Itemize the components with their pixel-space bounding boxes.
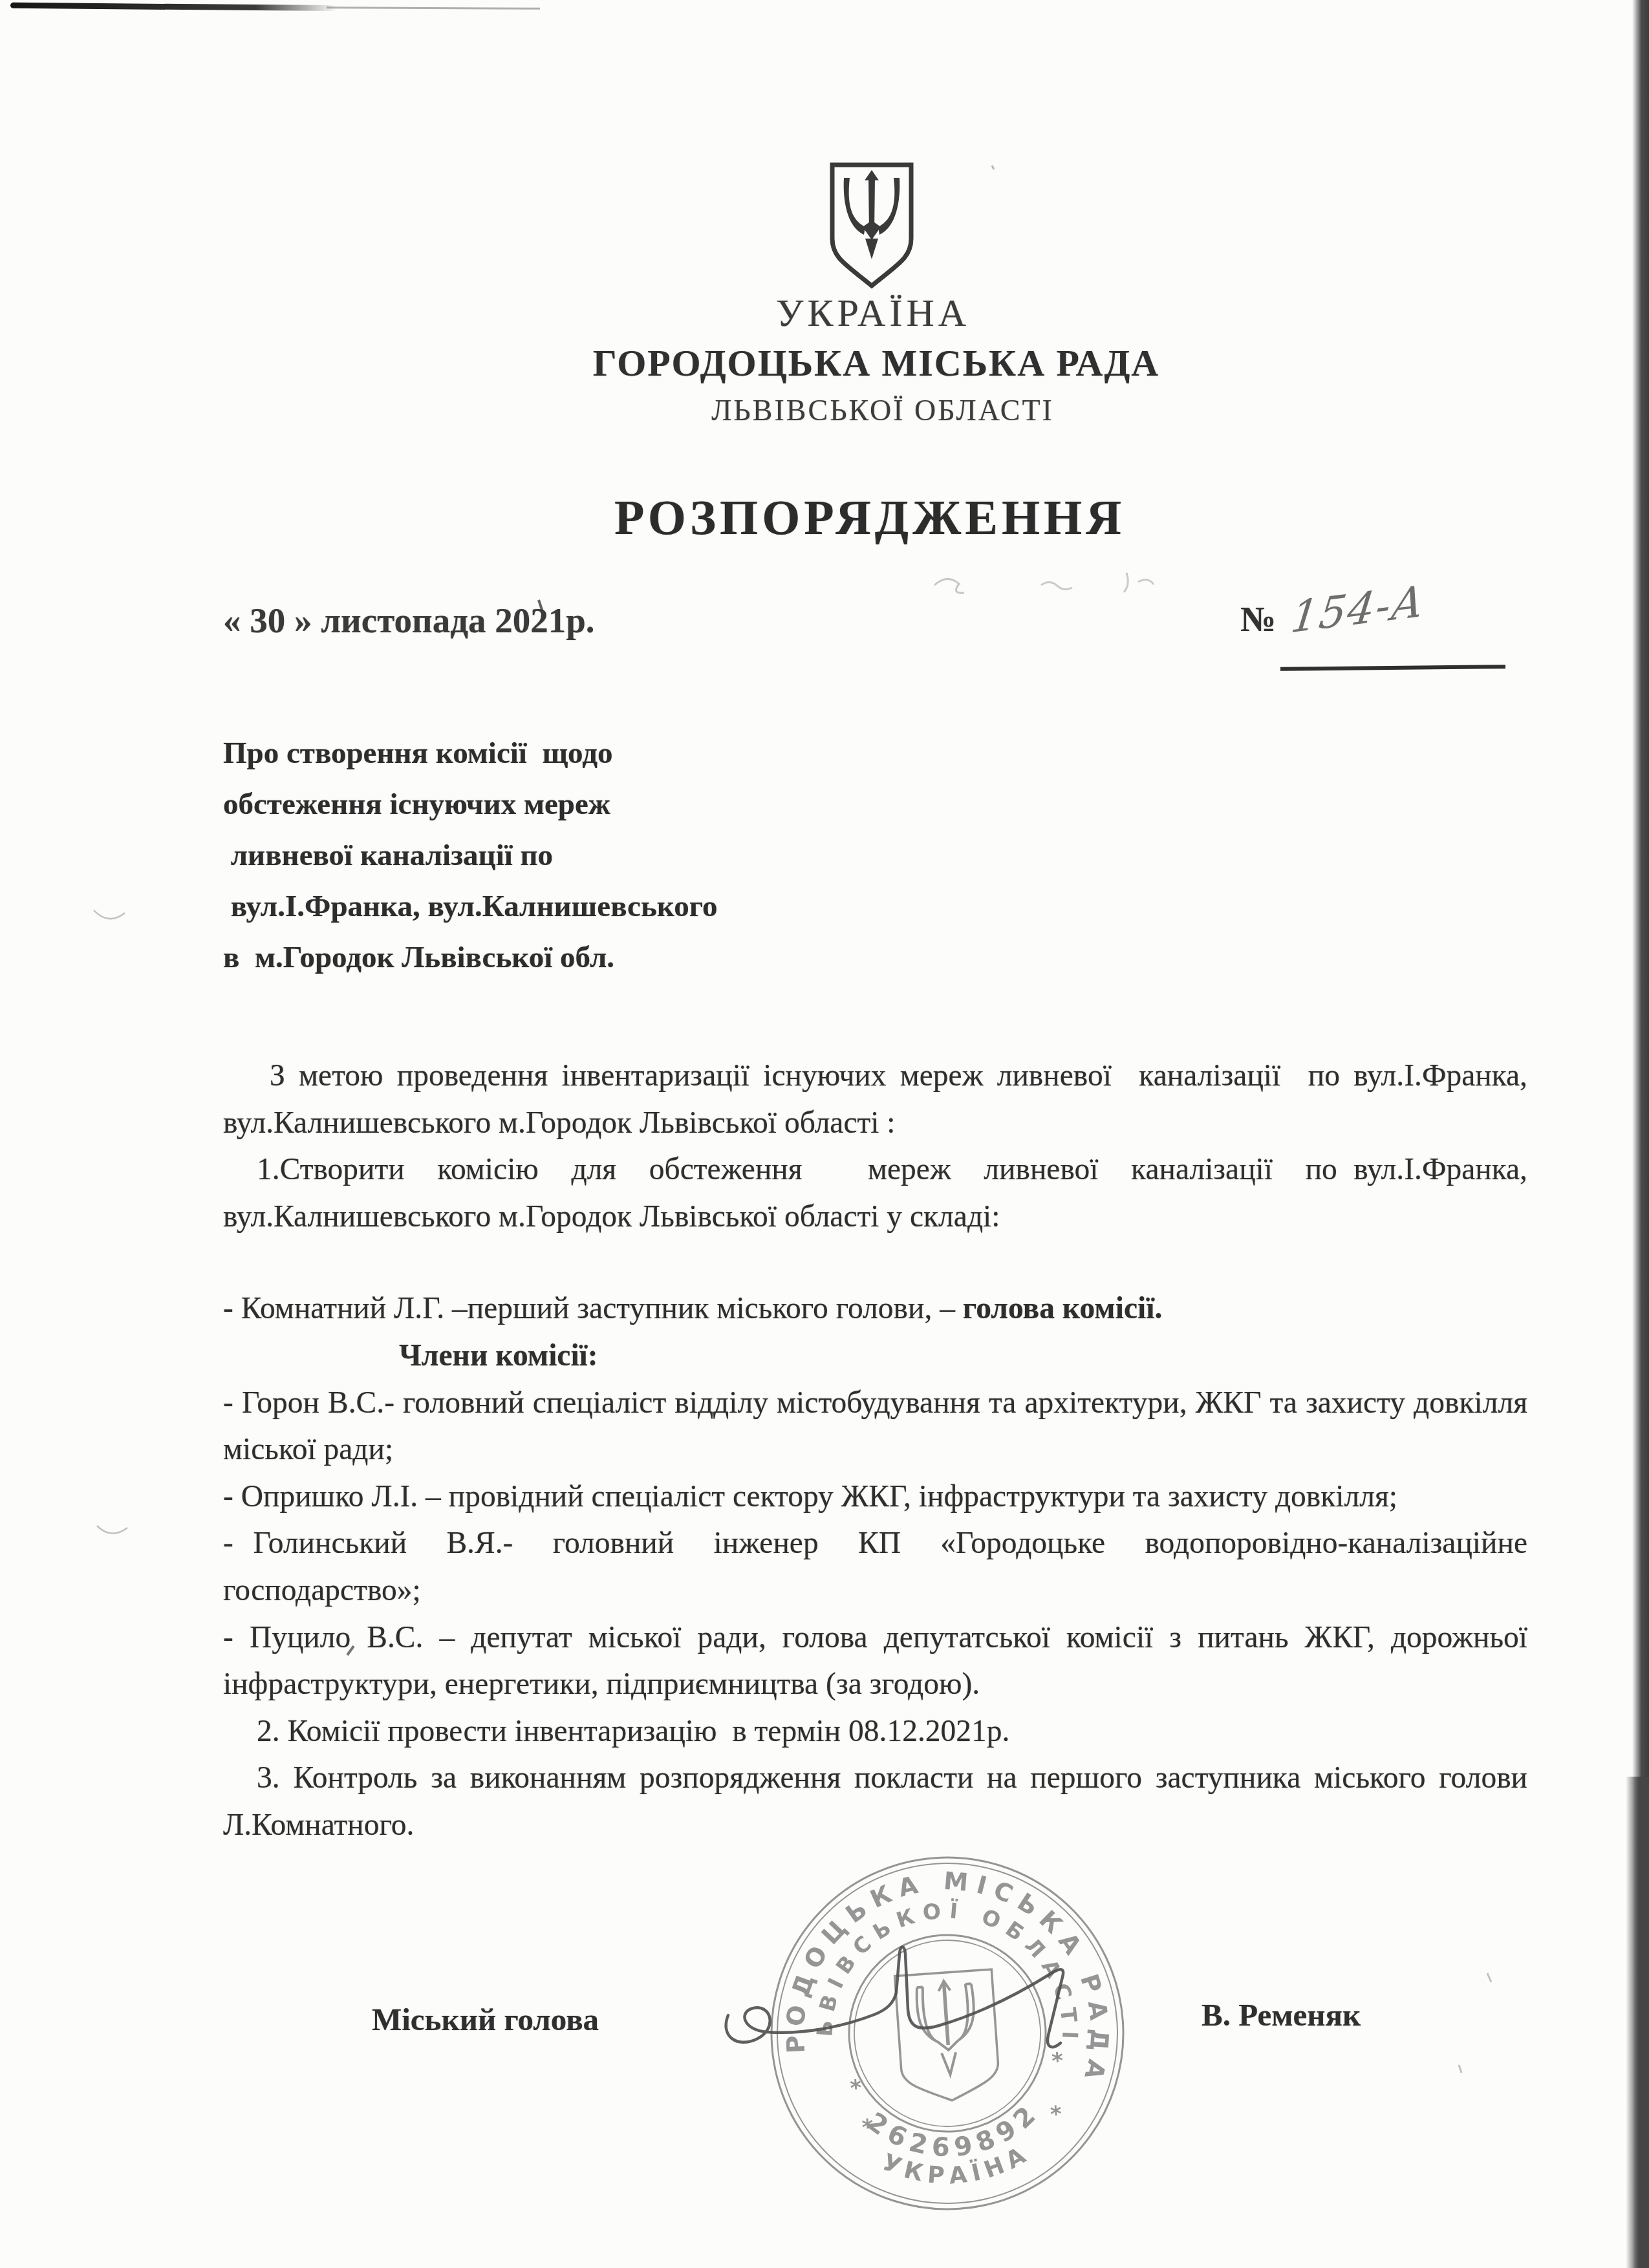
commission-head-line: - Комнатний Л.Г. –перший заступник міськ…	[223, 1285, 1527, 1332]
member-item: - Опришко Л.І. – провідний спеціаліст се…	[223, 1473, 1527, 1521]
document-body: З метою проведення інвентаризації існуюч…	[223, 1053, 1527, 1849]
document-type-title: РОЗПОРЯДЖЕННЯ	[158, 490, 1581, 546]
scan-streak-top	[10, 3, 337, 11]
paragraph-item1: 1.Створити комісію для обстеження мереж …	[223, 1146, 1527, 1240]
country-title: УКРАЇНА	[178, 291, 1568, 336]
members-heading: Члени комісії:	[223, 1332, 1527, 1380]
stamp-tryzub-icon	[895, 1969, 1000, 2104]
scan-streak-top-thin	[327, 6, 540, 10]
number-underline	[1280, 665, 1505, 671]
subject-line: вул.І.Франка, вул.Калнишевського	[223, 881, 934, 932]
commission-head-role: голова комісії.	[963, 1292, 1163, 1325]
scanned-document-page: УКРАЇНА ГОРОДОЦЬКА МІСЬКА РАДА ЛЬВІВСЬКО…	[0, 0, 1649, 2268]
paragraph-purpose: З метою проведення інвентаризації існуюч…	[223, 1053, 1527, 1146]
scan-edge-right-bottom	[1626, 1777, 1649, 2268]
member-item: - Пуцило В.С. – депутат міської ради, го…	[223, 1614, 1527, 1708]
signer-position: Міський голова	[372, 2001, 599, 2038]
region-subtitle: ЛЬВІВСЬКОЇ ОБЛАСТІ	[178, 393, 1588, 427]
paragraph-item3: 3. Контроль за виконанням розпорядження …	[223, 1755, 1527, 1848]
signer-name: В. Ременяк	[1202, 1996, 1361, 2033]
subject-line: ливневої каналізації по	[223, 830, 934, 881]
tryzub-emblem-icon	[828, 162, 916, 290]
number-sign: №	[1240, 599, 1276, 639]
paragraph-item2: 2. Комісії провести інвентаризацію в тер…	[223, 1708, 1527, 1755]
subject-line: в м.Городок Львівської обл.	[223, 932, 934, 983]
member-item: - Голинський В.Я.- головний інженер КП «…	[223, 1520, 1527, 1614]
stamp-asterisk: *	[861, 2114, 875, 2141]
subject-line: Про створення комісії щодо	[223, 728, 934, 779]
stamp-asterisk: *	[849, 2075, 863, 2101]
stamp-asterisk: *	[1051, 2048, 1064, 2075]
round-seal-stamp: ГОРОДОЦЬКА МІСЬКА РАДА ЛЬВІВСЬКОЇ ОБЛАСТ…	[766, 1852, 1128, 2214]
subject-block: Про створення комісії щодо обстеження іс…	[223, 728, 934, 983]
subject-line: обстеження існуючих мереж	[223, 779, 934, 830]
stamp-asterisk: *	[1050, 2101, 1063, 2128]
member-item: - Горон В.С.- головний спеціаліст відділ…	[223, 1380, 1527, 1473]
commission-head-text: - Комнатний Л.Г. –перший заступник міськ…	[223, 1292, 963, 1325]
council-title: ГОРОДОЦЬКА МІСЬКА РАДА	[178, 341, 1575, 385]
date-line: « 30 » листопада 2021р.	[223, 600, 595, 641]
handwritten-number: 154-А	[1288, 575, 1428, 643]
